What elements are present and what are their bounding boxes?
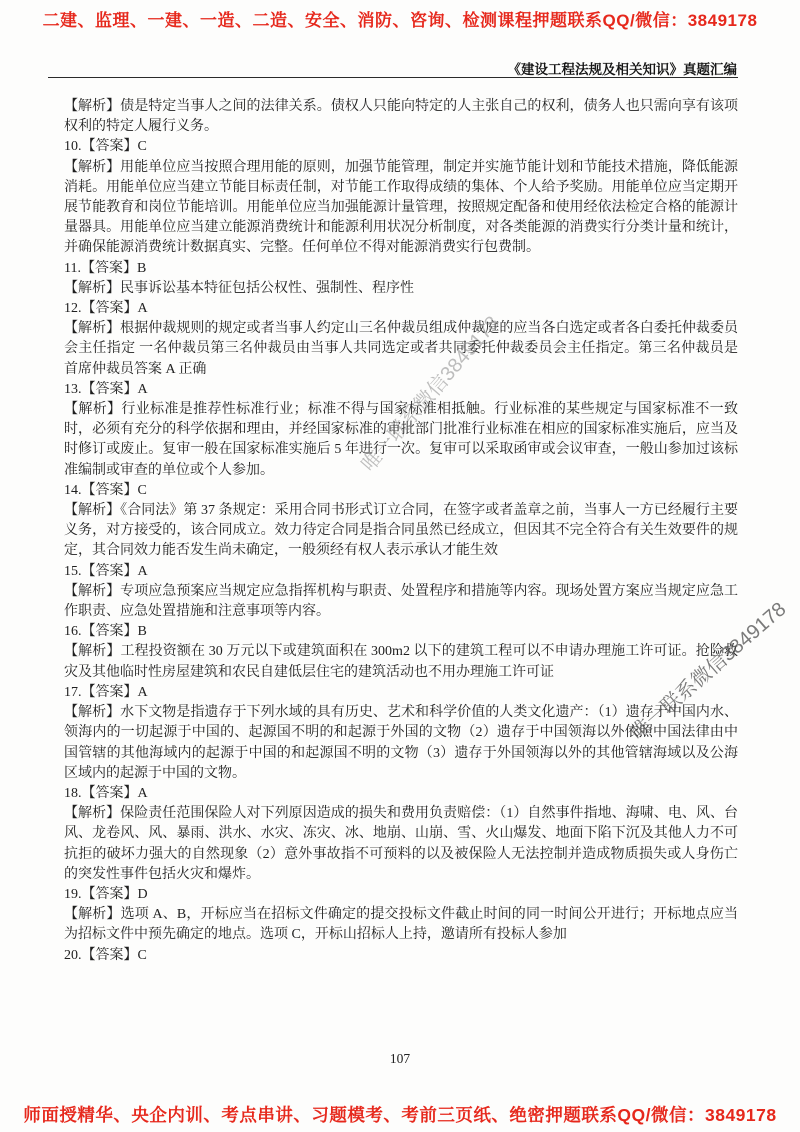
header-promo-text: 二建、监理、一建、一造、二造、安全、消防、咨询、检测课程押题联系QQ/微信：38… (0, 6, 800, 31)
document-page: 二建、监理、一建、一造、二造、安全、消防、咨询、检测课程押题联系QQ/微信：38… (0, 0, 800, 1132)
paragraph: 15.【答案】A (64, 562, 738, 582)
paragraph: 20.【答案】C (64, 946, 738, 966)
paragraph: 【解析】《合同法》第 37 条规定：采用合同书形式订立合同，在签字或者盖章之前，… (64, 501, 738, 562)
paragraph: 14.【答案】C (64, 481, 738, 501)
page-number: 107 (0, 1051, 800, 1067)
paragraph: 【解析】行业标准是推荐性标准行业；标准不得与国家标准相抵触。行业标准的某些规定与… (64, 400, 738, 481)
paragraph: 【解析】用能单位应当按照合理用能的原则，加强节能管理，制定并实施节能计划和节能技… (64, 158, 738, 259)
paragraph: 【解析】水下文物是指遗存于下列水域的具有历史、艺术和科学价值的人类文化遗产：（1… (64, 703, 738, 784)
paragraph: 16.【答案】B (64, 622, 738, 642)
paragraph: 【解析】民事诉讼基本特征包括公权性、强制性、程序性 (64, 279, 738, 299)
paragraph: 【解析】选项 A、B，开标应当在招标文件确定的提交投标文件截止时间的同一时间公开… (64, 905, 738, 945)
paragraph: 11.【答案】B (64, 259, 738, 279)
paragraph: 19.【答案】D (64, 885, 738, 905)
paragraph: 【解析】债是特定当事人之间的法律关系。债权人只能向特定的人主张自己的权利，债务人… (64, 97, 738, 137)
paragraph: 13.【答案】A (64, 380, 738, 400)
answer-explanation-list: 【解析】债是特定当事人之间的法律关系。债权人只能向特定的人主张自己的权利，债务人… (64, 97, 738, 966)
document-title: 《建设工程法规及相关知识》真题汇编 (508, 58, 738, 78)
paragraph: 12.【答案】A (64, 299, 738, 319)
paragraph: 10.【答案】C (64, 137, 738, 157)
paragraph: 【解析】根据仲裁规则的规定或者当事人约定山三名仲裁员组成仲裁庭的应当各白选定或者… (64, 319, 738, 380)
paragraph: 【解析】专项应急预案应当规定应急指挥机构与职责、处置程序和措施等内容。现场处置方… (64, 582, 738, 622)
paragraph: 【解析】保险责任范围保险人对下列原因造成的损失和费用负责赔偿：（1）自然事件指地… (64, 804, 738, 885)
footer-promo-text: 师面授精华、央企内训、考点串讲、习题模考、考前三页纸、绝密押题联系QQ/微信：3… (0, 1102, 800, 1127)
paragraph: 【解析】工程投资额在 30 万元以下或建筑面积在 300m2 以下的建筑工程可以… (64, 642, 738, 682)
paragraph: 17.【答案】A (64, 683, 738, 703)
header-divider-line (48, 77, 738, 78)
paragraph: 18.【答案】A (64, 784, 738, 804)
